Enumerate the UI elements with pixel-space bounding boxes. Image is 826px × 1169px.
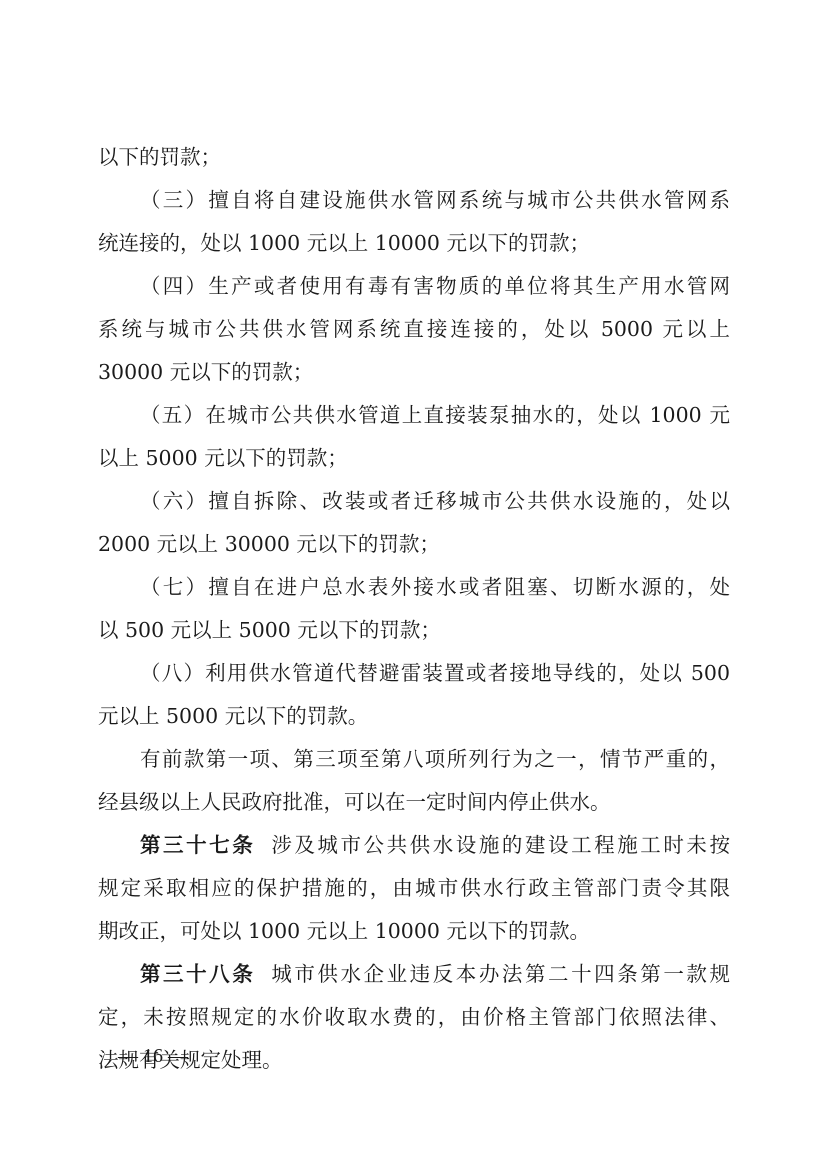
text-line: 以下的罚款； (98, 140, 730, 183)
text-line: 2000 元以上 30000 元以下的罚款； (98, 527, 730, 570)
text-line: 期改正，可处以 1000 元以上 10000 元以下的罚款。 (98, 914, 730, 957)
article-text: 涉及城市公共供水设施的建设工程施工时未按 (271, 833, 730, 857)
article-text: 城市供水企业违反本办法第二十四条第一款规 (271, 962, 730, 986)
text-line: （七）擅自在进户总水表外接水或者阻塞、切断水源的，处 (98, 570, 730, 613)
text-line: （五）在城市公共供水管道上直接装泵抽水的，处以 1000 元 (98, 398, 730, 441)
text-line: 系统与城市公共供水管网系统直接连接的，处以 5000 元以上 (98, 312, 730, 355)
text-line: 元以上 5000 元以下的罚款。 (98, 699, 730, 742)
document-page: 以下的罚款； （三）擅自将自建设施供水管网系统与城市公共供水管网系 统连接的，处… (98, 140, 730, 1086)
text-line: （八）利用供水管道代替避雷装置或者接地导线的，处以 500 (98, 656, 730, 699)
text-line: 经县级以上人民政府批准，可以在一定时间内停止供水。 (98, 785, 730, 828)
text-line: 有前款第一项、第三项至第八项所列行为之一，情节严重的， (98, 742, 730, 785)
text-line: 法规有关规定处理。 (98, 1043, 730, 1086)
text-line: 以 500 元以上 5000 元以下的罚款； (98, 613, 730, 656)
article-number: 第三十八条 (140, 962, 255, 986)
text-line: （六）擅自拆除、改装或者迁移城市公共供水设施的，处以 (98, 484, 730, 527)
text-line: （四）生产或者使用有毒有害物质的单位将其生产用水管网 (98, 269, 730, 312)
article-number: 第三十七条 (140, 833, 255, 857)
text-line: 以上 5000 元以下的罚款； (98, 441, 730, 484)
text-line: 统连接的，处以 1000 元以上 10000 元以下的罚款； (98, 226, 730, 269)
text-line: 规定采取相应的保护措施的，由城市供水行政主管部门责令其限 (98, 871, 730, 914)
page-number: — 16 — (118, 1045, 188, 1068)
article-37-heading-line: 第三十七条涉及城市公共供水设施的建设工程施工时未按 (98, 828, 730, 871)
article-38-heading-line: 第三十八条城市供水企业违反本办法第二十四条第一款规 (98, 957, 730, 1000)
text-line: 定，未按照规定的水价收取水费的，由价格主管部门依照法律、 (98, 1000, 730, 1043)
text-line: 30000 元以下的罚款； (98, 355, 730, 398)
text-line: （三）擅自将自建设施供水管网系统与城市公共供水管网系 (98, 183, 730, 226)
